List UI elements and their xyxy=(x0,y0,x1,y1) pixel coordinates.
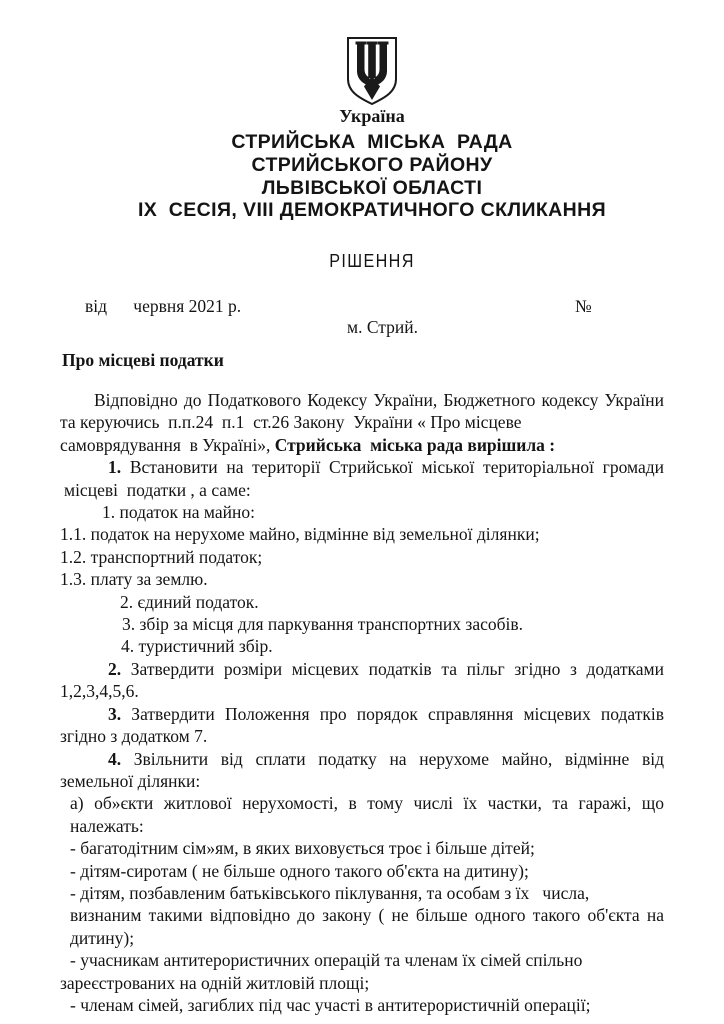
text-run: а) об»єкти житлової нерухомості, в тому … xyxy=(70,793,664,813)
document-line: 1,2,3,4,5,6. xyxy=(60,680,664,702)
text-run: 1.1. податок на нерухоме майно, відмінне… xyxy=(60,524,540,544)
text-run: дитину); xyxy=(70,928,134,948)
text-run: 1.2. транспортний податок; xyxy=(60,547,262,567)
document-line: 3. збір за місця для паркування транспор… xyxy=(60,613,664,635)
council-district: СТРИЙСЬКОГО РАЙОНУ xyxy=(10,154,724,177)
text-run: 1.3. плату за землю. xyxy=(60,569,208,589)
text-run: земельної ділянки: xyxy=(60,771,200,791)
council-name: СТРИЙСЬКА МІСЬКА РАДА xyxy=(10,131,724,154)
text-run: Відповідно до Податкового Кодексу Україн… xyxy=(94,390,664,410)
text-run: - дітям, позбавленим батьківського піклу… xyxy=(70,883,589,903)
session-line: IX СЕСІЯ, VIII ДЕМОКРАТИЧНОГО СКЛИКАННЯ xyxy=(10,199,724,222)
decision-title: РІШЕННЯ xyxy=(46,251,698,272)
text-run: та керуючись п.п.24 п.1 ст.26 Закону Укр… xyxy=(60,412,522,432)
document-line: 1. податок на майно: xyxy=(60,501,664,523)
document-line: 1. Встановити на території Стрийської мі… xyxy=(60,456,664,478)
scanned-decision-document: Україна СТРИЙСЬКА МІСЬКА РАДА СТРИЙСЬКОГ… xyxy=(0,0,724,1024)
text-run: Встановити на території Стрийської міськ… xyxy=(121,457,664,477)
text-run: - учасникам антитерористичних операцій т… xyxy=(70,950,582,970)
council-header: СТРИЙСЬКА МІСЬКА РАДА СТРИЙСЬКОГО РАЙОНУ… xyxy=(10,131,724,222)
text-run: зареєстрованих на одній житловій площі; xyxy=(60,973,369,993)
text-run: Звільнити від сплати податку на нерухоме… xyxy=(121,749,664,769)
document-line: та керуючись п.п.24 п.1 ст.26 Закону Укр… xyxy=(60,411,664,433)
document-line: - учасникам антитерористичних операцій т… xyxy=(60,949,664,971)
text-run: 1. податок на майно: xyxy=(102,502,255,522)
trident-shield-icon xyxy=(345,36,399,106)
document-line: 1.1. податок на нерухоме майно, відмінне… xyxy=(60,523,664,545)
document-line: 4. Звільнити від сплати податку на нерух… xyxy=(60,748,664,770)
document-line: 2. єдиний податок. xyxy=(60,591,664,613)
bold-text-run: 3. xyxy=(108,704,121,724)
country-name: Україна xyxy=(10,106,724,127)
decision-subject: Про місцеві податки xyxy=(62,350,224,371)
document-body: Відповідно до Податкового Кодексу Україн… xyxy=(60,389,664,1016)
text-run: 1,2,3,4,5,6. xyxy=(60,681,139,701)
bold-text-run: Стрийська міська рада вирішила : xyxy=(275,435,555,455)
decision-number-sign: № xyxy=(575,296,592,317)
document-line: зареєстрованих на одній житловій площі; xyxy=(60,972,664,994)
document-line: 3. Затвердити Положення про порядок спра… xyxy=(60,703,664,725)
document-line: 2. Затвердити розміри місцевих податків … xyxy=(60,658,664,680)
ukraine-coat-of-arms-icon xyxy=(345,36,399,106)
document-line: 4. туристичний збір. xyxy=(60,635,664,657)
document-line: 1.2. транспортний податок; xyxy=(60,546,664,568)
document-line: Відповідно до Податкового Кодексу Україн… xyxy=(60,389,664,411)
document-line: дитину); xyxy=(60,927,664,949)
document-line: згідно з додатком 7. xyxy=(60,725,664,747)
document-line: земельної ділянки: xyxy=(60,770,664,792)
document-line: - членам сімей, загиблих під час участі … xyxy=(60,994,664,1016)
bold-text-run: 4. xyxy=(108,749,121,769)
text-run: - багатодітним сім»ям, в яких виховуєтьс… xyxy=(70,838,535,858)
text-run: - дітям-сиротам ( не більше одного таког… xyxy=(70,861,529,881)
text-run: Затвердити розміри місцевих податків та … xyxy=(121,659,664,679)
text-run: належать: xyxy=(70,816,144,836)
text-run: - членам сімей, загиблих під час участі … xyxy=(70,995,591,1015)
document-line: а) об»єкти житлової нерухомості, в тому … xyxy=(60,792,664,814)
text-run: згідно з додатком 7. xyxy=(60,726,207,746)
decision-date: від червня 2021 р. xyxy=(85,296,241,317)
text-run: Затвердити Положення про порядок справля… xyxy=(121,704,664,724)
document-line: самоврядування в Україні», Стрийська міс… xyxy=(60,434,664,456)
bold-text-run: 1. xyxy=(108,457,121,477)
text-run: 4. туристичний збір. xyxy=(121,636,273,656)
text-run: 2. єдиний податок. xyxy=(120,592,259,612)
document-line: 1.3. плату за землю. xyxy=(60,568,664,590)
document-line: - дітям-сиротам ( не більше одного таког… xyxy=(60,860,664,882)
document-line: належать: xyxy=(60,815,664,837)
text-run: визнаним такими відповідно до закону ( н… xyxy=(70,905,664,925)
decision-place: м. Стрий. xyxy=(347,317,418,338)
bold-text-run: 2. xyxy=(108,659,121,679)
council-region: ЛЬВІВСЬКОЇ ОБЛАСТІ xyxy=(10,177,724,200)
text-run: місцеві податки , а саме: xyxy=(64,480,251,500)
text-run: самоврядування в Україні», xyxy=(60,435,275,455)
document-line: визнаним такими відповідно до закону ( н… xyxy=(60,904,664,926)
document-line: - дітям, позбавленим батьківського піклу… xyxy=(60,882,664,904)
document-line: місцеві податки , а саме: xyxy=(60,479,664,501)
document-line: - багатодітним сім»ям, в яких виховуєтьс… xyxy=(60,837,664,859)
text-run: 3. збір за місця для паркування транспор… xyxy=(122,614,523,634)
decision-meta-row: від червня 2021 р. № xyxy=(60,296,664,318)
